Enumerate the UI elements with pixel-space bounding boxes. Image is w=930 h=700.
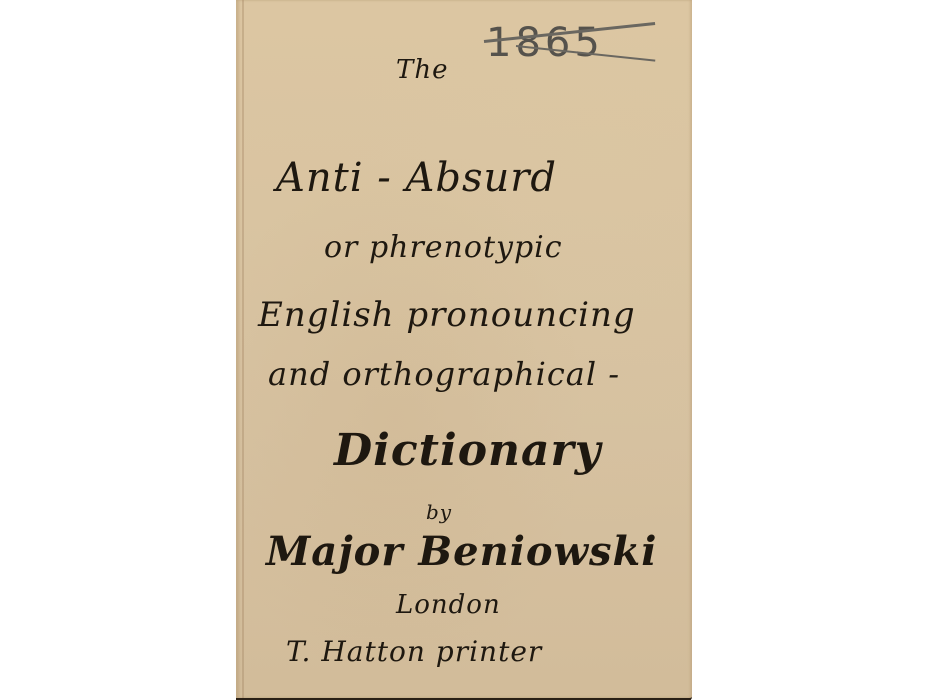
title-line-1: Anti - Absurd bbox=[276, 155, 557, 201]
title-main-word: Dictionary bbox=[334, 425, 601, 476]
author-name: Major Beniowski bbox=[266, 528, 657, 575]
title-article: The bbox=[396, 55, 448, 85]
struck-year-annotation: 1865 bbox=[486, 20, 604, 66]
publication-place: London bbox=[396, 590, 501, 620]
printer-credit: T. Hatton printer bbox=[286, 635, 542, 668]
title-line-4: and orthographical - bbox=[268, 355, 620, 393]
byline: by bbox=[426, 500, 452, 524]
title-page: The 1865 Anti - Absurd or phrenotypic En… bbox=[236, 0, 692, 700]
scan-canvas: The 1865 Anti - Absurd or phrenotypic En… bbox=[0, 0, 930, 700]
title-line-2: or phrenotypic bbox=[324, 230, 563, 265]
title-line-3: English pronouncing bbox=[258, 295, 636, 335]
